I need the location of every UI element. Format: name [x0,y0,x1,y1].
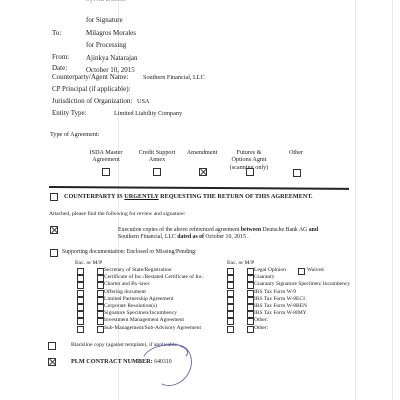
from-value: Ajinkya Natarajan [86,54,138,62]
supporting-docs-checkbox[interactable] [50,249,58,257]
to-value: Milagros Morales [86,29,136,37]
blackline-checkbox[interactable] [48,342,56,350]
execution-checkbox[interactable] [50,226,58,234]
date-label: Date: [52,64,67,72]
pen-circle-annotation [140,342,202,390]
enc-mp-checkbox[interactable] [227,297,234,304]
plm-checkbox[interactable] [48,358,56,366]
urgent-notice: COUNTERPARTY IS URGENTLY REQUESTING THE … [64,193,313,200]
enc-mp-header-left: Enc. or M/P [75,260,102,267]
doc-checkbox[interactable] [97,282,104,289]
enc-mp-checkbox[interactable] [227,275,234,282]
doc-checkbox[interactable] [97,290,104,297]
doc-checkbox[interactable] [247,304,254,311]
other-checkbox[interactable] [293,169,301,177]
enc-mp-checkbox[interactable] [227,290,234,297]
jurisdiction-label: Jurisdiction of Organization: [52,97,132,105]
enc-mp-checkbox[interactable] [77,275,84,282]
doc-checkbox[interactable] [247,326,254,333]
enc-mp-checkbox[interactable] [77,268,84,275]
amendment-checkbox[interactable] [199,168,207,176]
enc-mp-checkbox[interactable] [77,304,84,311]
enc-mp-checkbox[interactable] [227,326,234,333]
agreement-option-label: ISDA Master Agreement [85,149,127,164]
doc-checkbox[interactable] [247,282,254,289]
csa-checkbox[interactable] [153,168,161,176]
doc-checkbox[interactable] [97,326,104,333]
waived-checkbox[interactable] [298,268,305,275]
enc-mp-checkbox[interactable] [227,268,234,275]
doc-label: Sub-Management/Sub-Advisory Agreement [104,325,201,332]
for-processing-text: for Processing [86,41,126,49]
enc-mp-checkbox[interactable] [77,290,84,297]
counterparty-label: Counterparty/Agent Name: [52,73,128,81]
cp-principal-label: CP Principal (if applicable): [52,85,130,93]
enc-mp-checkbox[interactable] [77,282,84,289]
cut-top-line: Sylvia Dubois [86,0,126,3]
agreement-option-label: Other [281,149,311,156]
doc-checkbox[interactable] [97,318,104,325]
futures-checkbox[interactable] [246,168,254,176]
doc-label: Other: [254,325,268,332]
supporting-docs-label: Supporting documentation: Enclosed or Mi… [62,249,197,256]
entity-type-label: Entity Type: [52,109,87,117]
doc-checkbox[interactable] [97,311,104,318]
doc-checkbox[interactable] [247,275,254,282]
doc-checkbox[interactable] [247,318,254,325]
doc-checkbox[interactable] [97,275,104,282]
jurisdiction-value: USA [137,98,149,105]
scan-guide-line [355,0,356,400]
enc-mp-checkbox[interactable] [77,297,84,304]
doc-checkbox[interactable] [247,297,254,304]
doc-checkbox[interactable] [247,268,254,275]
doc-checkbox[interactable] [247,290,254,297]
enc-mp-checkbox[interactable] [227,311,234,318]
enc-mp-checkbox[interactable] [77,326,84,333]
enc-mp-checkbox[interactable] [227,282,234,289]
counterparty-value: Southern Financial, LLC [143,74,205,81]
doc-checkbox[interactable] [247,311,254,318]
scan-guide-line [392,0,393,400]
agreement-option-label: Credit Support Annex [134,149,180,164]
enc-mp-header-right: Enc. or M/P [227,260,254,267]
section-divider [49,186,349,189]
doc-checkbox[interactable] [97,297,104,304]
urgent-checkbox[interactable] [50,193,58,201]
entity-type-value: Limited Liability Company [114,110,182,117]
agreement-type-label: Type of Agreement: [50,131,99,138]
enc-mp-checkbox[interactable] [77,318,84,325]
doc-checkbox[interactable] [97,268,104,275]
isda-checkbox[interactable] [102,168,110,176]
waived-label: Waived [307,267,324,274]
enc-mp-checkbox[interactable] [227,318,234,325]
attached-intro: Attached, please find the following for … [49,211,185,218]
enc-mp-checkbox[interactable] [227,304,234,311]
agreement-option-label: Amendment [183,149,221,156]
doc-checkbox[interactable] [97,304,104,311]
to-label: To: [52,29,61,37]
execution-text: Execution copies of the above referenced… [118,227,318,242]
from-label: From: [52,53,69,61]
enc-mp-checkbox[interactable] [77,311,84,318]
for-signature-text: for Signature [86,16,123,24]
